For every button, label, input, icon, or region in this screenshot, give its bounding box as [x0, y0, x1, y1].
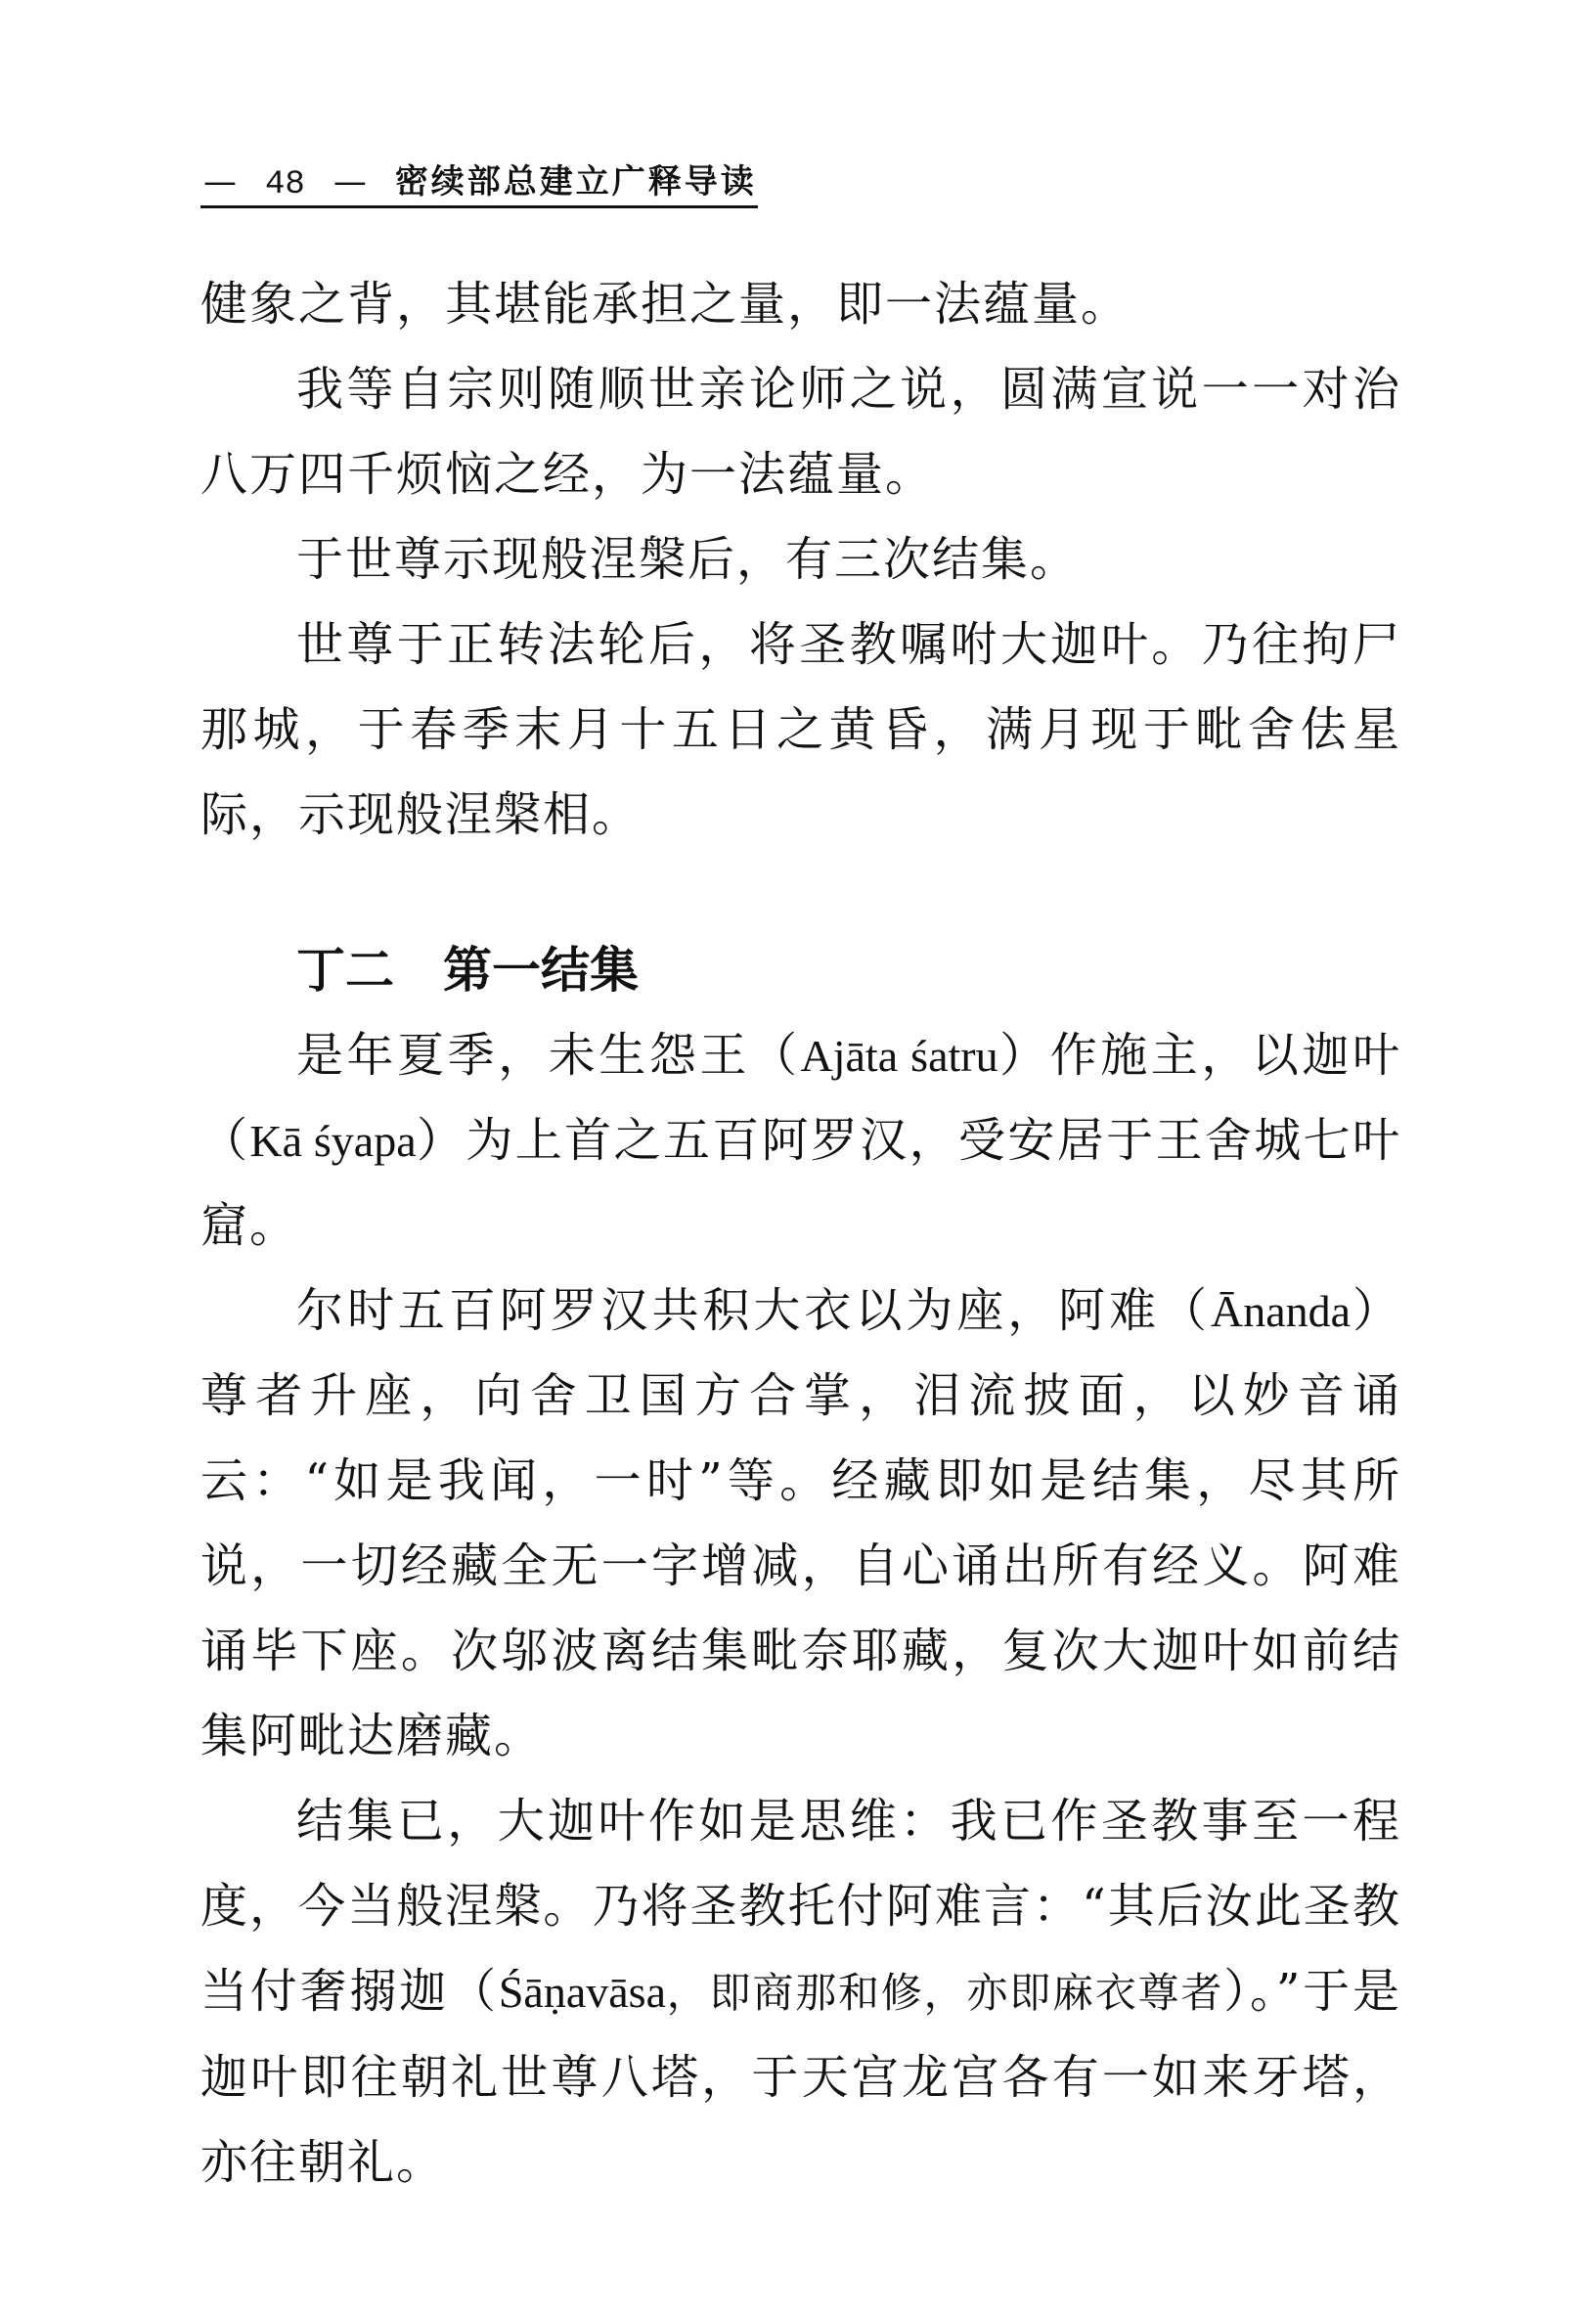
- section-title: 第一结集: [443, 942, 639, 999]
- paragraph: 是年夏季，未生怨王（Ajāta śatru）作施主，以迦叶（Kā śyapa）为…: [200, 1013, 1401, 1269]
- text-run: 是年夏季，未生怨王（: [296, 1028, 801, 1083]
- sanskrit-term: Kā śyapa: [249, 1116, 416, 1166]
- text-run: 尔时五百阿罗汉共积大衣以为座，阿难（: [296, 1283, 1211, 1338]
- paragraph: 世尊于正转法轮后，将圣教嘱咐大迦叶。乃往拘尸那城，于春季末月十五日之黄昏，满月现…: [200, 602, 1401, 858]
- section-number: 丁二: [296, 942, 394, 999]
- running-head: —48—密续部总建立广释导读: [200, 162, 758, 208]
- sanskrit-term: Ānanda: [1211, 1286, 1351, 1336]
- paragraph: 于世尊示现般涅槃后，有三次结集。: [200, 517, 1401, 602]
- sanskrit-term: Śāṇavāsa: [499, 1967, 666, 2017]
- text-run: ）尊者升座，向舍卫国方合掌，泪流披面，以妙音诵云：“如是我闻，一时”等。经藏即如…: [200, 1283, 1401, 1763]
- paragraph: 结集已，大迦叶作如是思维：我已作圣教事至一程度，今当般涅槃。乃将圣教托付阿难言：…: [200, 1779, 1401, 2206]
- paragraph-continuation: 健象之背，其堪能承担之量，即一法蕴量。: [200, 262, 1401, 347]
- inline-gloss: ，即商那和修，亦即麻衣尊者: [666, 1969, 1223, 2017]
- header-dash-left: —: [200, 162, 240, 201]
- page-number: 48: [265, 165, 305, 204]
- header-dash-right: —: [331, 162, 370, 201]
- paragraph: 我等自宗则随顺世亲论师之说，圆满宣说一一对治八万四千烦恼之经，为一法蕴量。: [200, 347, 1401, 517]
- page-body: 健象之背，其堪能承担之量，即一法蕴量。 我等自宗则随顺世亲论师之说，圆满宣说一一…: [200, 262, 1401, 2206]
- sanskrit-term: Ajāta śatru: [801, 1031, 998, 1081]
- paragraph: 尔时五百阿罗汉共积大衣以为座，阿难（Ānanda）尊者升座，向舍卫国方合掌，泪流…: [200, 1269, 1401, 1779]
- book-title: 密续部总建立广释导读: [395, 162, 757, 201]
- section-heading: 丁二第一结集: [200, 928, 1401, 1013]
